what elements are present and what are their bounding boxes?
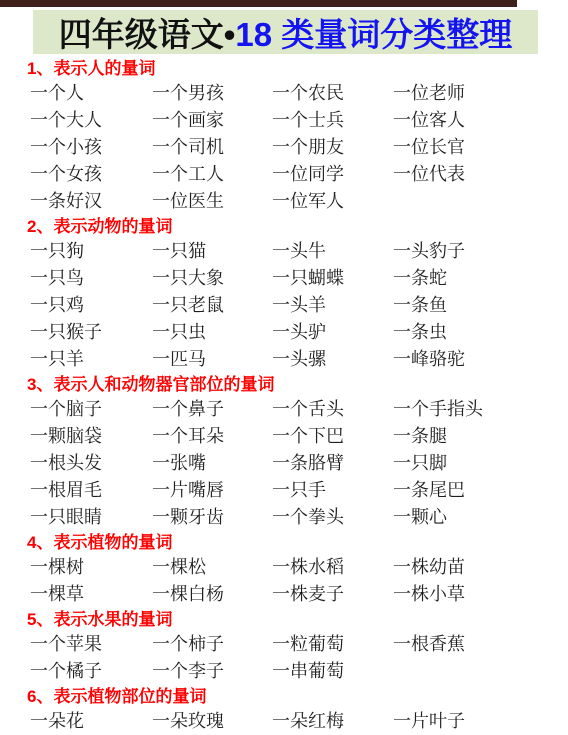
phrase-row: 一个女孩一个工人一位同学一位代表 <box>0 161 568 188</box>
phrase-cell: 一个耳朵 <box>152 423 272 450</box>
phrase-cell: 一张嘴 <box>152 450 272 477</box>
phrase-cell: 一株麦子 <box>272 581 393 608</box>
phrase-row: 一只狗一只猫一头牛一头豹子 <box>0 238 568 265</box>
phrase-cell: 一只蝴蝶 <box>272 265 393 292</box>
phrase-cell: 一棵草 <box>30 581 152 608</box>
phrase-cell: 一只眼睛 <box>30 504 152 531</box>
section-heading: 2、表示动物的量词 <box>0 215 568 238</box>
phrase-cell: 一条胳臂 <box>272 450 393 477</box>
phrase-cell: 一个人 <box>30 80 152 107</box>
phrase-cell: 一个画家 <box>152 107 272 134</box>
phrase-cell: 一个大人 <box>30 107 152 134</box>
section-heading: 4、表示植物的量词 <box>0 531 568 554</box>
phrase-cell: 一个农民 <box>272 80 393 107</box>
phrase-row: 一个橘子一个李子一串葡萄 <box>0 658 568 685</box>
section: 1、表示人的量词一个人一个男孩一个农民一位老师一个大人一个画家一个士兵一位客人一… <box>0 57 568 215</box>
phrase-cell: 一个司机 <box>152 134 272 161</box>
phrase-cell: 一个脑子 <box>30 396 152 423</box>
phrase-row: 一朵花一朵玫瑰一朵红梅一片叶子 <box>0 708 568 735</box>
phrase-cell: 一株小草 <box>393 581 568 608</box>
phrase-row: 一根头发一张嘴一条胳臂一只脚 <box>0 450 568 477</box>
phrase-row: 一只猴子一只虫一头驴一条虫 <box>0 319 568 346</box>
section-heading: 6、表示植物部位的量词 <box>0 685 568 708</box>
phrase-cell: 一头骡 <box>272 346 393 373</box>
section-heading: 3、表示人和动物器官部位的量词 <box>0 373 568 396</box>
phrase-cell: 一峰骆驼 <box>393 346 568 373</box>
phrase-cell: 一位同学 <box>272 161 393 188</box>
phrase-row: 一个苹果一个柿子一粒葡萄一根香蕉 <box>0 631 568 658</box>
phrase-row: 一个人一个男孩一个农民一位老师 <box>0 80 568 107</box>
page-title-prefix: 四年级语文• <box>59 9 236 56</box>
phrase-cell: 一个朋友 <box>272 134 393 161</box>
worksheet-page: 四年级语文•18 类量词分类整理 1、表示人的量词一个人一个男孩一个农民一位老师… <box>0 0 568 735</box>
phrase-row: 一个小孩一个司机一个朋友一位长官 <box>0 134 568 161</box>
phrase-cell: 一朵玫瑰 <box>152 708 272 735</box>
phrase-cell: 一颗心 <box>393 504 568 531</box>
phrase-cell: 一只狗 <box>30 238 152 265</box>
phrase-cell: 一个柿子 <box>152 631 272 658</box>
page-title-highlight: 18 类量词分类整理 <box>235 9 512 56</box>
phrase-cell: 一头牛 <box>272 238 393 265</box>
phrase-cell: 一只大象 <box>152 265 272 292</box>
section: 2、表示动物的量词一只狗一只猫一头牛一头豹子一只鸟一只大象一只蝴蝶一条蛇一只鸡一… <box>0 215 568 373</box>
phrase-cell: 一颗牙齿 <box>152 504 272 531</box>
section: 3、表示人和动物器官部位的量词一个脑子一个鼻子一个舌头一个手指头一颗脑袋一个耳朵… <box>0 373 568 531</box>
phrase-cell: 一朵红梅 <box>272 708 393 735</box>
phrase-cell: 一位代表 <box>393 161 568 188</box>
phrase-cell: 一头驴 <box>272 319 393 346</box>
phrase-cell: 一条鱼 <box>393 292 568 319</box>
phrase-cell: 一株幼苗 <box>393 554 568 581</box>
phrase-cell: 一匹马 <box>152 346 272 373</box>
phrase-cell: 一根香蕉 <box>393 631 568 658</box>
phrase-row: 一只鸡一只老鼠一头羊一条鱼 <box>0 292 568 319</box>
phrase-cell: 一棵松 <box>152 554 272 581</box>
phrase-cell: 一个下巴 <box>272 423 393 450</box>
phrase-cell: 一根头发 <box>30 450 152 477</box>
phrase-cell: 一头羊 <box>272 292 393 319</box>
section: 6、表示植物部位的量词一朵花一朵玫瑰一朵红梅一片叶子 <box>0 685 568 735</box>
phrase-cell: 一只手 <box>272 477 393 504</box>
phrase-cell: 一颗脑袋 <box>30 423 152 450</box>
phrase-cell: 一株水稻 <box>272 554 393 581</box>
phrase-row: 一只羊一匹马一头骡一峰骆驼 <box>0 346 568 373</box>
phrase-cell: 一个士兵 <box>272 107 393 134</box>
phrase-cell: 一只鸟 <box>30 265 152 292</box>
top-border-bar <box>0 0 517 7</box>
section-heading: 1、表示人的量词 <box>0 57 568 80</box>
phrase-cell: 一只老鼠 <box>152 292 272 319</box>
phrase-cell: 一只鸡 <box>30 292 152 319</box>
phrase-cell: 一条尾巴 <box>393 477 568 504</box>
phrase-cell: 一个拳头 <box>272 504 393 531</box>
phrase-cell: 一个舌头 <box>272 396 393 423</box>
phrase-row: 一棵树一棵松一株水稻一株幼苗 <box>0 554 568 581</box>
phrase-cell: 一条蛇 <box>393 265 568 292</box>
phrase-cell: 一个工人 <box>152 161 272 188</box>
phrase-cell: 一个小孩 <box>30 134 152 161</box>
phrase-cell: 一个苹果 <box>30 631 152 658</box>
phrase-cell: 一朵花 <box>30 708 152 735</box>
section-heading: 5、表示水果的量词 <box>0 608 568 631</box>
page-title: 四年级语文•18 类量词分类整理 <box>33 10 538 54</box>
phrase-cell: 一个李子 <box>152 658 272 685</box>
phrase-row: 一根眉毛一片嘴唇一只手一条尾巴 <box>0 477 568 504</box>
phrase-cell: 一个女孩 <box>30 161 152 188</box>
sections-container: 1、表示人的量词一个人一个男孩一个农民一位老师一个大人一个画家一个士兵一位客人一… <box>0 57 568 735</box>
phrase-row: 一棵草一棵白杨一株麦子一株小草 <box>0 581 568 608</box>
phrase-cell: 一粒葡萄 <box>272 631 393 658</box>
phrase-cell <box>393 658 568 685</box>
phrase-cell: 一片嘴唇 <box>152 477 272 504</box>
phrase-cell: 一位军人 <box>272 188 393 215</box>
phrase-cell: 一个手指头 <box>393 396 568 423</box>
section: 4、表示植物的量词一棵树一棵松一株水稻一株幼苗一棵草一棵白杨一株麦子一株小草 <box>0 531 568 608</box>
phrase-cell: 一条虫 <box>393 319 568 346</box>
phrase-row: 一个脑子一个鼻子一个舌头一个手指头 <box>0 396 568 423</box>
phrase-cell: 一个鼻子 <box>152 396 272 423</box>
phrase-cell: 一棵白杨 <box>152 581 272 608</box>
section: 5、表示水果的量词一个苹果一个柿子一粒葡萄一根香蕉一个橘子一个李子一串葡萄 <box>0 608 568 685</box>
phrase-cell: 一位医生 <box>152 188 272 215</box>
phrase-cell: 一位老师 <box>393 80 568 107</box>
phrase-cell: 一只猫 <box>152 238 272 265</box>
phrase-cell: 一根眉毛 <box>30 477 152 504</box>
phrase-row: 一个大人一个画家一个士兵一位客人 <box>0 107 568 134</box>
phrase-cell: 一头豹子 <box>393 238 568 265</box>
phrase-cell: 一只虫 <box>152 319 272 346</box>
phrase-cell: 一条腿 <box>393 423 568 450</box>
phrase-row: 一只鸟一只大象一只蝴蝶一条蛇 <box>0 265 568 292</box>
phrase-row: 一只眼睛一颗牙齿一个拳头一颗心 <box>0 504 568 531</box>
phrase-cell: 一棵树 <box>30 554 152 581</box>
phrase-cell: 一串葡萄 <box>272 658 393 685</box>
phrase-cell: 一条好汉 <box>30 188 152 215</box>
phrase-cell: 一只猴子 <box>30 319 152 346</box>
phrase-cell: 一片叶子 <box>393 708 568 735</box>
phrase-cell: 一位长官 <box>393 134 568 161</box>
phrase-cell: 一个橘子 <box>30 658 152 685</box>
phrase-cell: 一只脚 <box>393 450 568 477</box>
phrase-row: 一条好汉一位医生一位军人 <box>0 188 568 215</box>
phrase-row: 一颗脑袋一个耳朵一个下巴一条腿 <box>0 423 568 450</box>
phrase-cell: 一个男孩 <box>152 80 272 107</box>
phrase-cell <box>393 188 568 215</box>
phrase-cell: 一只羊 <box>30 346 152 373</box>
phrase-cell: 一位客人 <box>393 107 568 134</box>
